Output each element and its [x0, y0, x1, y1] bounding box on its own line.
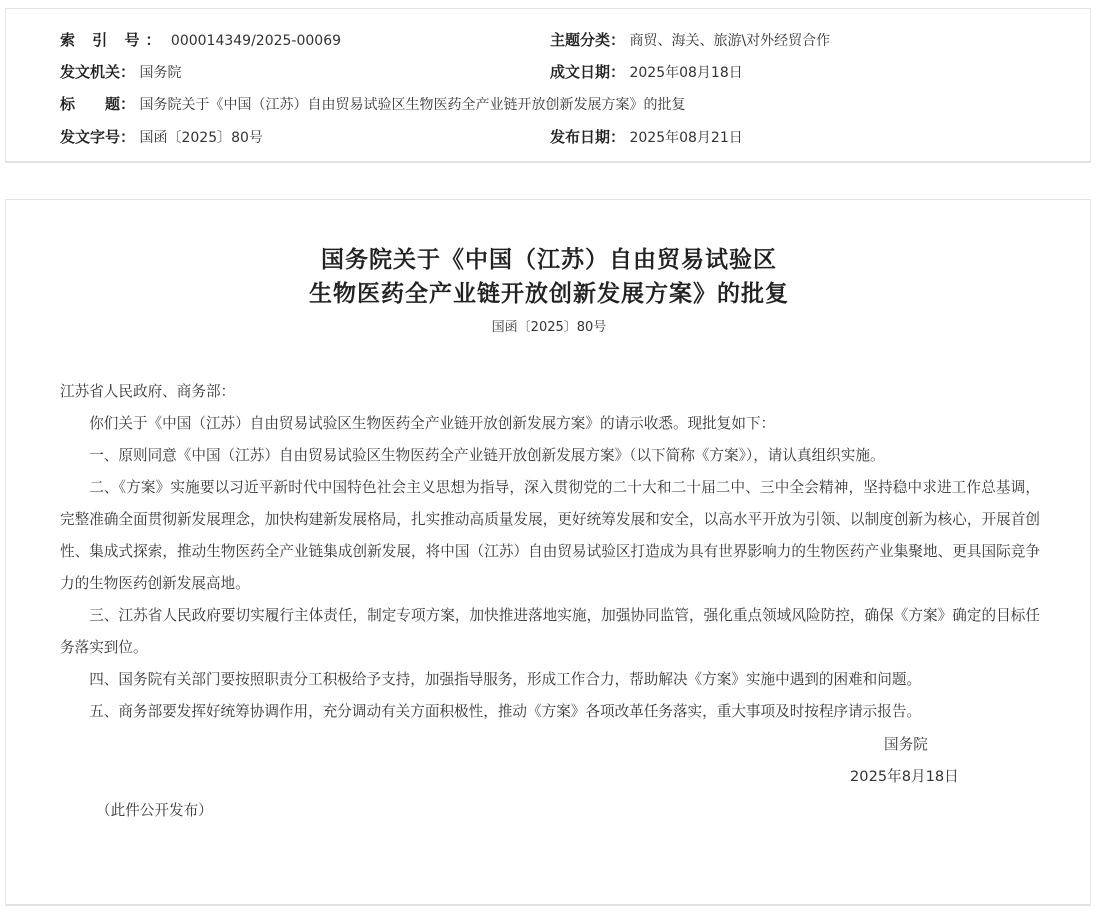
meta-publish-date: 发布日期： 2025年08月21日	[550, 122, 743, 152]
meta-topic-value: 商贸、海关、旅游\对外经贸合作	[629, 26, 830, 56]
public-release-note: （此件公开发布）	[96, 799, 213, 820]
meta-title: 标 题： 国务院关于《中国（江苏）自由贸易试验区生物医药全产业链开放创新发展方案…	[60, 89, 685, 119]
meta-index-number: 索 引 号： 000014349/2025-00069	[60, 25, 341, 55]
meta-written-date: 成文日期： 2025年08月18日	[550, 57, 743, 87]
meta-doc-number-label: 发文字号：	[60, 122, 135, 152]
meta-index-number-value: 000014349/2025-00069	[171, 26, 341, 56]
document-title-line-1: 国务院关于《中国（江苏）自由贸易试验区	[6, 244, 1092, 276]
meta-title-value: 国务院关于《中国（江苏）自由贸易试验区生物医药全产业链开放创新发展方案》的批复	[139, 90, 685, 120]
salutation: 江苏省人民政府、商务部：	[60, 376, 1040, 408]
meta-written-date-label: 成文日期：	[550, 57, 625, 87]
document-content-panel: 国务院关于《中国（江苏）自由贸易试验区 生物医药全产业链开放创新发展方案》的批复…	[5, 199, 1091, 906]
document-title-line-2: 生物医药全产业链开放创新发展方案》的批复	[6, 278, 1092, 310]
meta-index-number-label: 索 引 号：	[60, 25, 166, 55]
paragraph-4: 四、国务院有关部门要按照职责分工积极给予支持，加强指导服务，形成工作合力，帮助解…	[60, 664, 1040, 696]
meta-doc-number-value: 国函〔2025〕80号	[139, 123, 262, 153]
signature-organization: 国务院	[884, 733, 928, 754]
meta-issuer: 发文机关： 国务院	[60, 57, 181, 87]
signature-date: 2025年8月18日	[850, 765, 959, 786]
paragraph-5: 五、商务部要发挥好统筹协调作用，充分调动有关方面积极性，推动《方案》各项改革任务…	[60, 696, 1040, 728]
document-number: 国函〔2025〕80号	[6, 316, 1092, 335]
meta-issuer-value: 国务院	[139, 58, 181, 88]
paragraph-1: 一、原则同意《中国（江苏）自由贸易试验区生物医药全产业链开放创新发展方案》（以下…	[60, 440, 1040, 472]
paragraph-intro: 你们关于《中国（江苏）自由贸易试验区生物医药全产业链开放创新发展方案》的请示收悉…	[60, 408, 1040, 440]
meta-publish-date-label: 发布日期：	[550, 122, 625, 152]
document-body: 江苏省人民政府、商务部： 你们关于《中国（江苏）自由贸易试验区生物医药全产业链开…	[60, 376, 1040, 728]
meta-title-label: 标 题：	[60, 89, 135, 119]
meta-topic-label: 主题分类：	[550, 25, 625, 55]
meta-publish-date-value: 2025年08月21日	[629, 123, 742, 153]
document-metadata-panel: 索 引 号： 000014349/2025-00069 主题分类： 商贸、海关、…	[5, 8, 1091, 163]
meta-written-date-value: 2025年08月18日	[629, 58, 742, 88]
meta-topic: 主题分类： 商贸、海关、旅游\对外经贸合作	[550, 25, 830, 55]
paragraph-2: 二、《方案》实施要以习近平新时代中国特色社会主义思想为指导，深入贯彻党的二十大和…	[60, 472, 1040, 600]
paragraph-3: 三、江苏省人民政府要切实履行主体责任，制定专项方案，加快推进落地实施，加强协同监…	[60, 600, 1040, 664]
meta-doc-number: 发文字号： 国函〔2025〕80号	[60, 122, 263, 152]
meta-issuer-label: 发文机关：	[60, 57, 135, 87]
